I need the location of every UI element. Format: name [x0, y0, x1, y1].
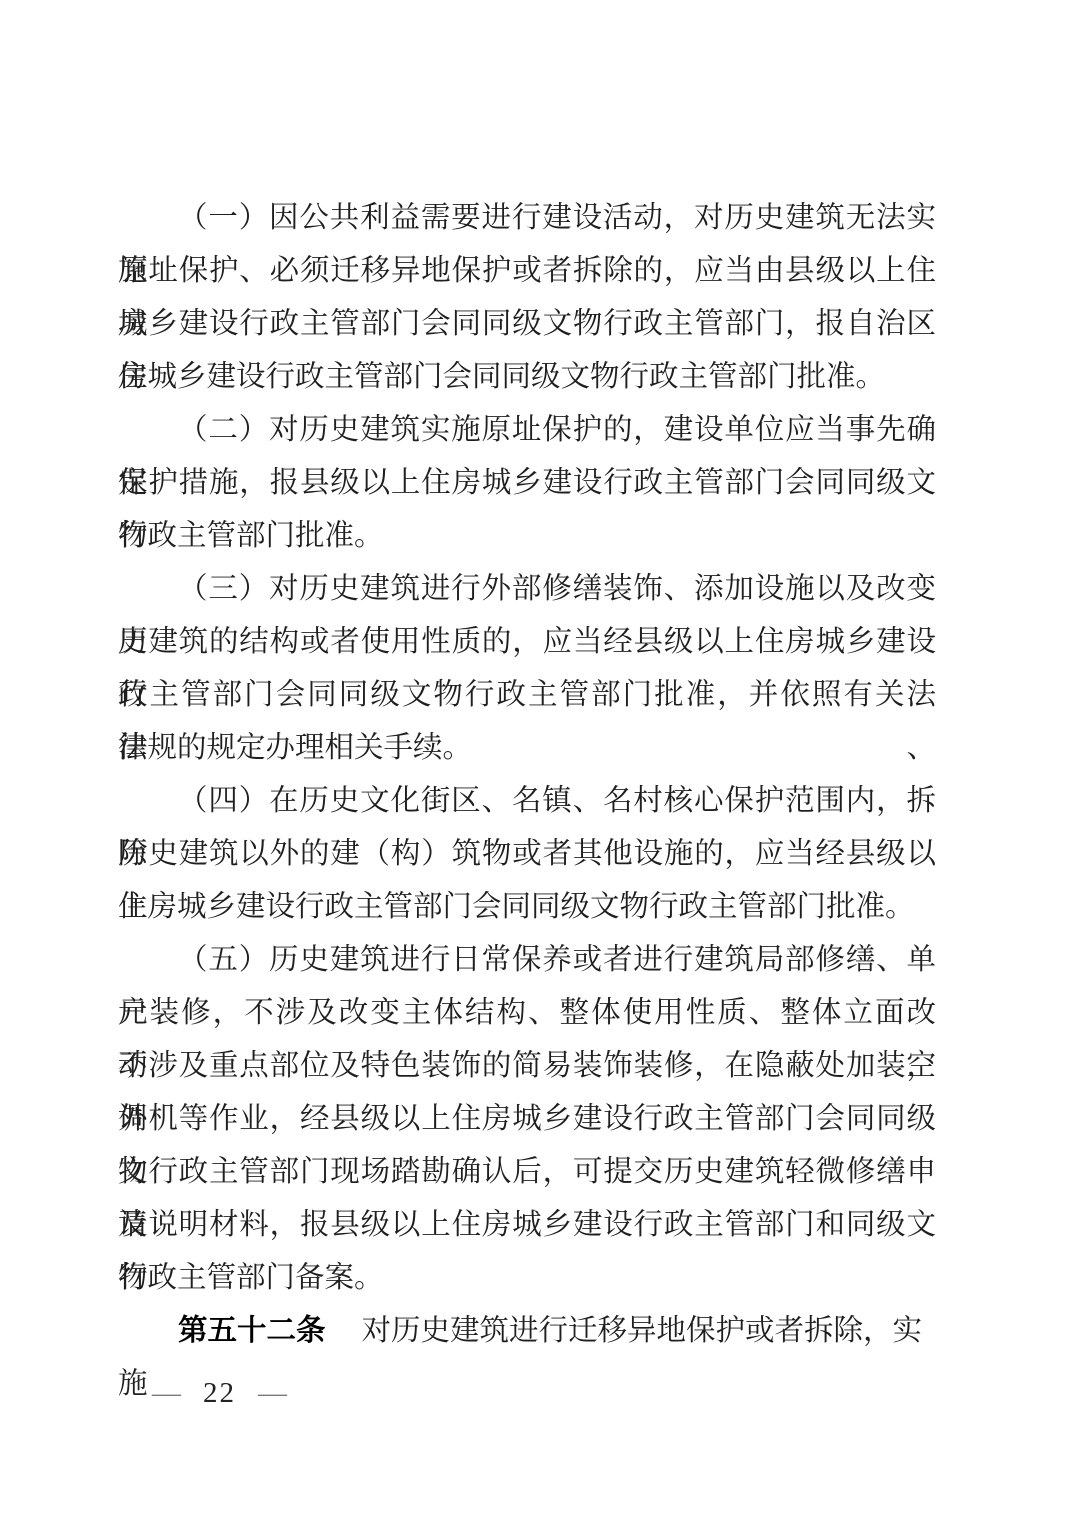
text-line: 城乡建设行政主管部门会同同级文物行政主管部门，报自治区住 — [118, 298, 936, 351]
text-line: 政主管部门会同同级文物行政主管部门批准，并依照有关法律、 — [118, 669, 936, 722]
text-line: （二）对历史建筑实施原址保护的，建设单位应当事先确定 — [118, 404, 936, 457]
text-line: 行政主管部门备案。 — [118, 1252, 936, 1305]
text-line: （一）因公共利益需要进行建设活动，对历史建筑无法实施 — [118, 192, 936, 245]
text-line: 历史建筑以外的建（构）筑物或者其他设施的，应当经县级以上 — [118, 828, 936, 881]
text-line: 行政主管部门批准。 — [118, 510, 936, 563]
text-line: 原址保护、必须迁移异地保护或者拆除的，应当由县级以上住房 — [118, 245, 936, 298]
text-line: 户装修，不涉及改变主体结构、整体使用性质、整体立面改动， — [118, 987, 936, 1040]
text-line: 及说明材料，报县级以上住房城乡建设行政主管部门和同级文物 — [118, 1199, 936, 1252]
text-line: 房城乡建设行政主管部门会同同级文物行政主管部门批准。 — [118, 351, 936, 404]
footer-dash-left: — — [152, 1377, 181, 1409]
text-line: 保护措施，报县级以上住房城乡建设行政主管部门会同同级文物 — [118, 457, 936, 510]
text-line: 第五十二条对历史建筑进行迁移异地保护或者拆除，实施 — [118, 1305, 936, 1358]
text-line: 住房城乡建设行政主管部门会同同级文物行政主管部门批准。 — [118, 881, 936, 934]
text-line: 外机等作业，经县级以上住房城乡建设行政主管部门会同同级文 — [118, 1093, 936, 1146]
footer-dash-right: — — [258, 1377, 287, 1409]
text-line: （四）在历史文化街区、名镇、名村核心保护范围内，拆除 — [118, 775, 936, 828]
document-body: （一）因公共利益需要进行建设活动，对历史建筑无法实施原址保护、必须迁移异地保护或… — [118, 192, 936, 1358]
page-footer: —22— — [152, 1372, 287, 1414]
article-number: 第五十二条 — [178, 1315, 326, 1347]
text-line: （三）对历史建筑进行外部修缮装饰、添加设施以及改变历 — [118, 563, 936, 616]
page-number: 22 — [203, 1377, 236, 1409]
text-line: 史建筑的结构或者使用性质的，应当经县级以上住房城乡建设行 — [118, 616, 936, 669]
text-line: （五）历史建筑进行日常保养或者进行建筑局部修缮、单元 — [118, 934, 936, 987]
text-line: 不涉及重点部位及特色装饰的简易装饰装修，在隐蔽处加装空调 — [118, 1040, 936, 1093]
document-page: （一）因公共利益需要进行建设活动，对历史建筑无法实施原址保护、必须迁移异地保护或… — [0, 0, 1074, 1520]
text-line: 物行政主管部门现场踏勘确认后，可提交历史建筑轻微修缮申请 — [118, 1146, 936, 1199]
